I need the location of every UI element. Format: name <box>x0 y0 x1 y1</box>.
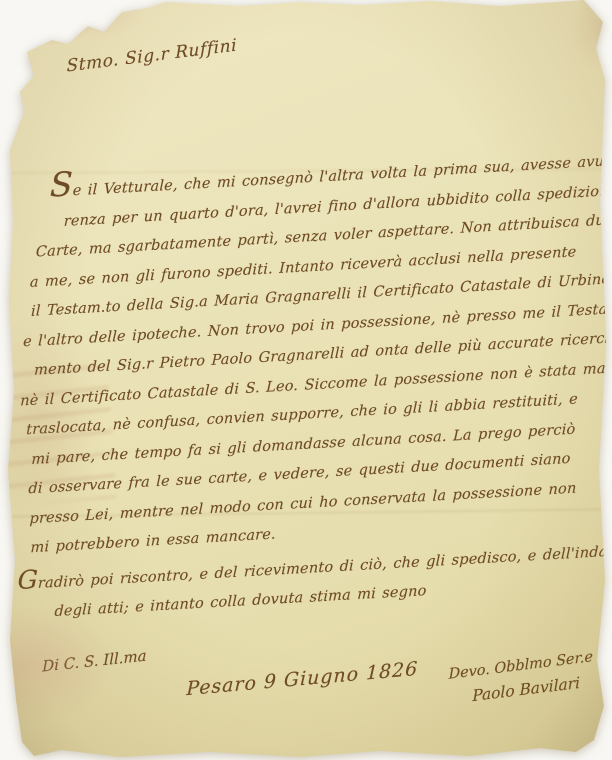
letter-paper: Stmo. Sig.r Ruffini Se il Vetturale, che… <box>0 0 612 760</box>
signature-block: Devo. Obblmo Ser.e Paolo Bavilari <box>436 648 605 710</box>
letter-paper-shadow: Stmo. Sig.r Ruffini Se il Vetturale, che… <box>0 0 612 760</box>
letter-salutation: Stmo. Sig.r Ruffini <box>66 35 237 76</box>
closing-reference: Di C. S. Ill.ma <box>42 646 146 675</box>
scanned-letter-page: Stmo. Sig.r Ruffini Se il Vetturale, che… <box>0 0 612 760</box>
letter-dateline: Pesaro 9 Giugno 1826 <box>186 658 419 700</box>
letter-body: Se il Vetturale, che mi consegnò l'altra… <box>10 154 589 636</box>
